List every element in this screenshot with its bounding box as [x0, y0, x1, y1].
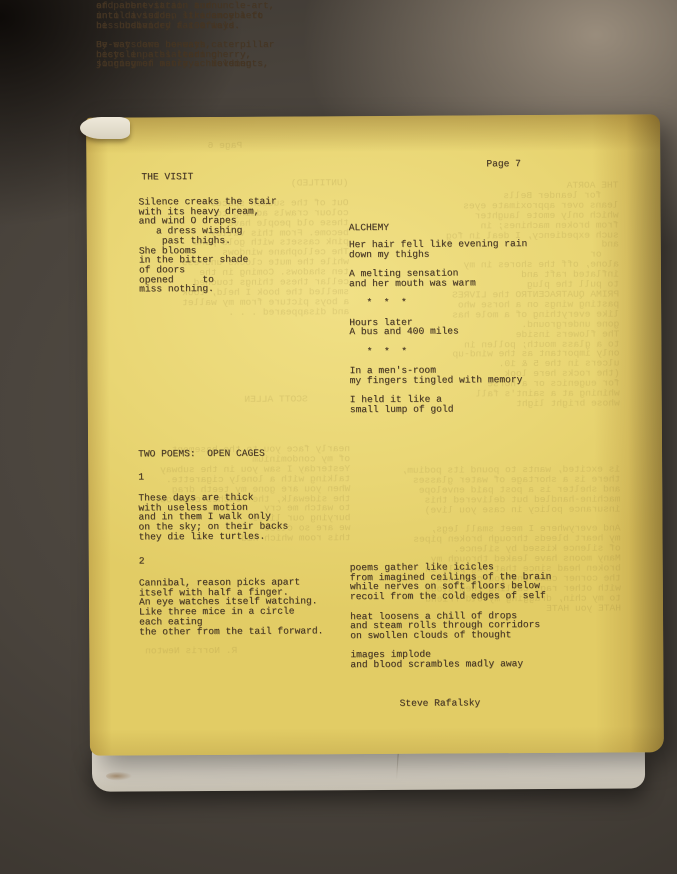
poem-title-two-poems-open-cages: TWO POEMS: OPEN CAGES	[138, 449, 265, 459]
poem-title-the-visit: THE VISIT	[141, 172, 193, 182]
section-number-2: 2	[139, 556, 145, 566]
photo-of-poetry-pad: Page 6 (UNTITLED) Out of the sudden spac…	[0, 0, 677, 874]
ghost-newton-byline: R. Norris Newton	[137, 646, 237, 657]
poem-title-alchemy: ALCHEMY	[349, 223, 389, 233]
poem-body-harvest-feast: In casual furrows of himself he sowed se…	[96, 0, 274, 69]
poem-body-alchemy: Her hair fell like evening rain down my …	[349, 239, 529, 415]
ghost-scott-allen: SCOTT ALLEN	[208, 394, 308, 405]
section-number-1: 1	[138, 472, 144, 482]
flipped-page: EQUATION Curtailment of self could mean …	[96, 0, 662, 130]
poem-body-icicles: poems gather like icicles from imagined …	[350, 562, 552, 670]
poem-body-the-visit: Silence creaks the stair with its heavy …	[139, 197, 278, 295]
author-byline: Steve Rafalsky	[400, 698, 481, 708]
page-number: Page 7	[486, 159, 521, 169]
poem-body-open-cages-2: Cannibal, reason picks apart itself with…	[139, 577, 324, 636]
stain-mark	[106, 771, 132, 780]
poem-body-open-cages-1: These days are thick with useless motion…	[138, 493, 288, 542]
ghost-page-number: Page 6	[206, 141, 242, 151]
main-page: Page 6 (UNTITLED) Out of the sudden spac…	[86, 114, 664, 755]
paper-crease	[396, 750, 399, 780]
